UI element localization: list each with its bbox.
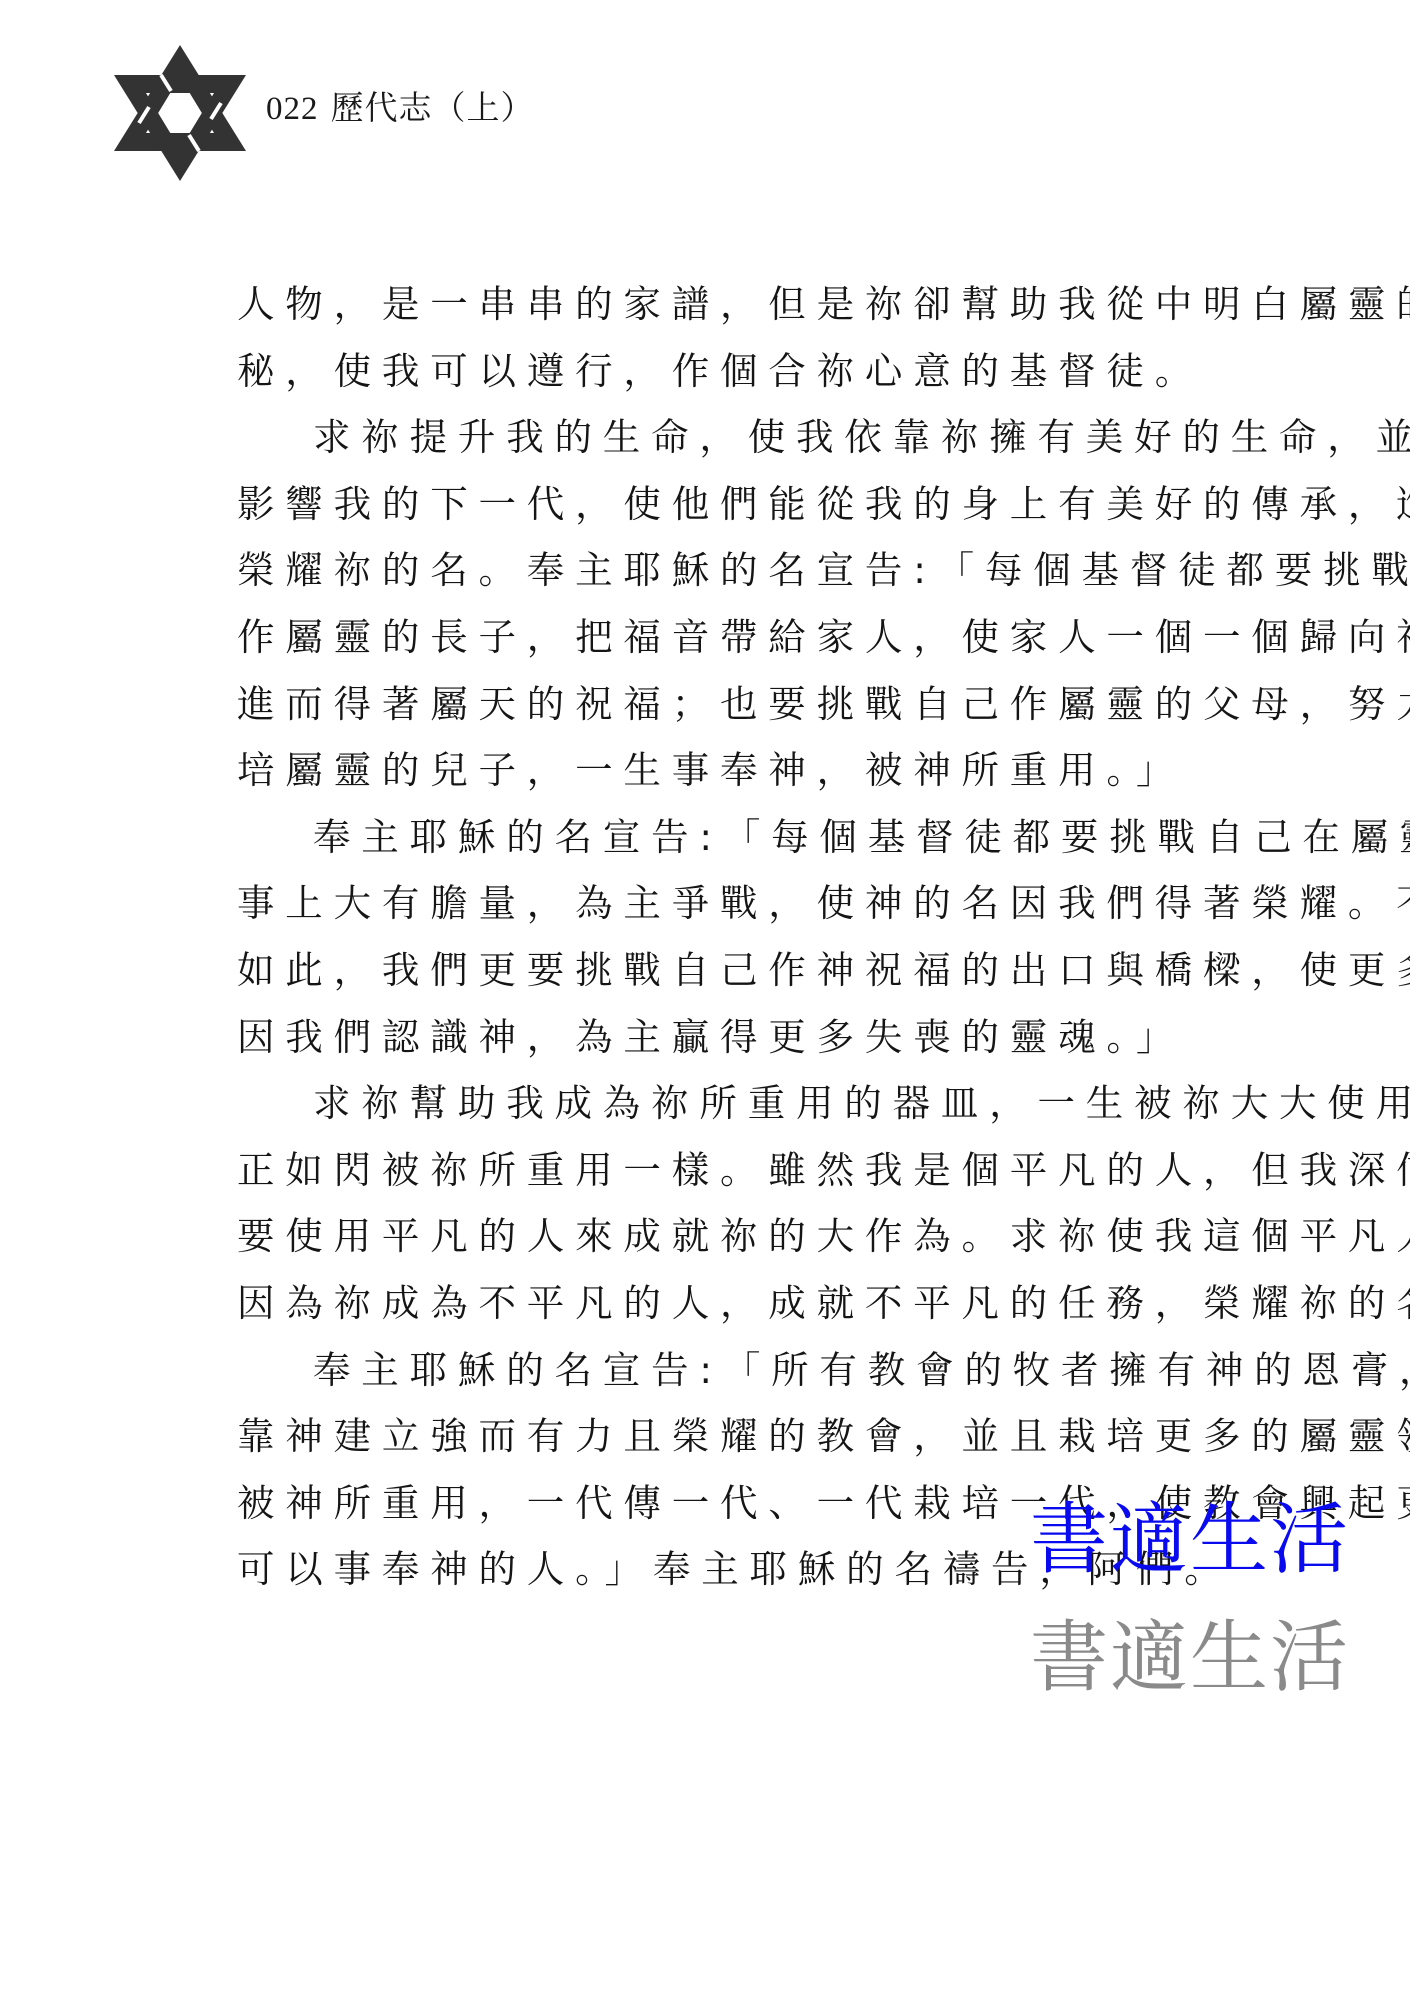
text-line: 事上大有膽量，為主爭戰，使神的名因我們得著榮耀。不但	[237, 877, 1205, 944]
text-line: 人物，是一串串的家譜，但是祢卻幫助我從中明白屬靈的奧	[237, 278, 1205, 345]
paragraph-first-line: 求祢提升我的生命，使我依靠祢擁有美好的生命，並且	[237, 411, 1205, 478]
prayer-text: 人物，是一串串的家譜，但是祢卻幫助我從中明白屬靈的奧秘，使我可以遵行，作個合祢心…	[237, 278, 1205, 1610]
paragraph-first-line: 求祢幫助我成為祢所重用的器皿，一生被祢大大使用，	[237, 1077, 1205, 1144]
watermark-blue: 書適生活	[1030, 1500, 1350, 1580]
text-line: 培屬靈的兒子，一生事奉神，被神所重用。」	[237, 744, 1205, 811]
paragraph-first-line: 奉主耶穌的名宣告:「所有教會的牧者擁有神的恩膏，依	[237, 1344, 1205, 1411]
text-line: 影響我的下一代，使他們能從我的身上有美好的傳承，進而	[237, 478, 1205, 545]
text-line: 進而得著屬天的祝福；也要挑戰自己作屬靈的父母，努力栽	[237, 678, 1205, 745]
text-line: 因我們認識神，為主贏得更多失喪的靈魂。」	[237, 1011, 1205, 1078]
watermark-gray: 書適生活	[1030, 1618, 1350, 1698]
text-line: 正如閃被祢所重用一樣。雖然我是個平凡的人，但我深信祢	[237, 1144, 1205, 1211]
book-title: 歷代志（上）	[331, 88, 535, 127]
text-line: 靠神建立強而有力且榮耀的教會，並且栽培更多的屬靈領袖	[237, 1410, 1205, 1477]
text-line: 秘，使我可以遵行，作個合祢心意的基督徒。	[237, 345, 1205, 412]
star-of-david-icon	[113, 43, 247, 183]
page-header: 022歷代志（上）	[266, 88, 535, 129]
text-line: 因為祢成為不平凡的人，成就不平凡的任務，榮耀祢的名。	[237, 1277, 1205, 1344]
text-line: 如此，我們更要挑戰自己作神祝福的出口與橋樑，使更多人	[237, 944, 1205, 1011]
text-line: 作屬靈的長子，把福音帶給家人，使家人一個一個歸向神，	[237, 611, 1205, 678]
text-line: 榮耀祢的名。奉主耶穌的名宣告:「每個基督徒都要挑戰自己	[237, 544, 1205, 611]
text-line: 要使用平凡的人來成就祢的大作為。求祢使我這個平凡人，	[237, 1210, 1205, 1277]
page-number: 022	[266, 91, 319, 127]
paragraph-first-line: 奉主耶穌的名宣告:「每個基督徒都要挑戰自己在屬靈的	[237, 811, 1205, 878]
